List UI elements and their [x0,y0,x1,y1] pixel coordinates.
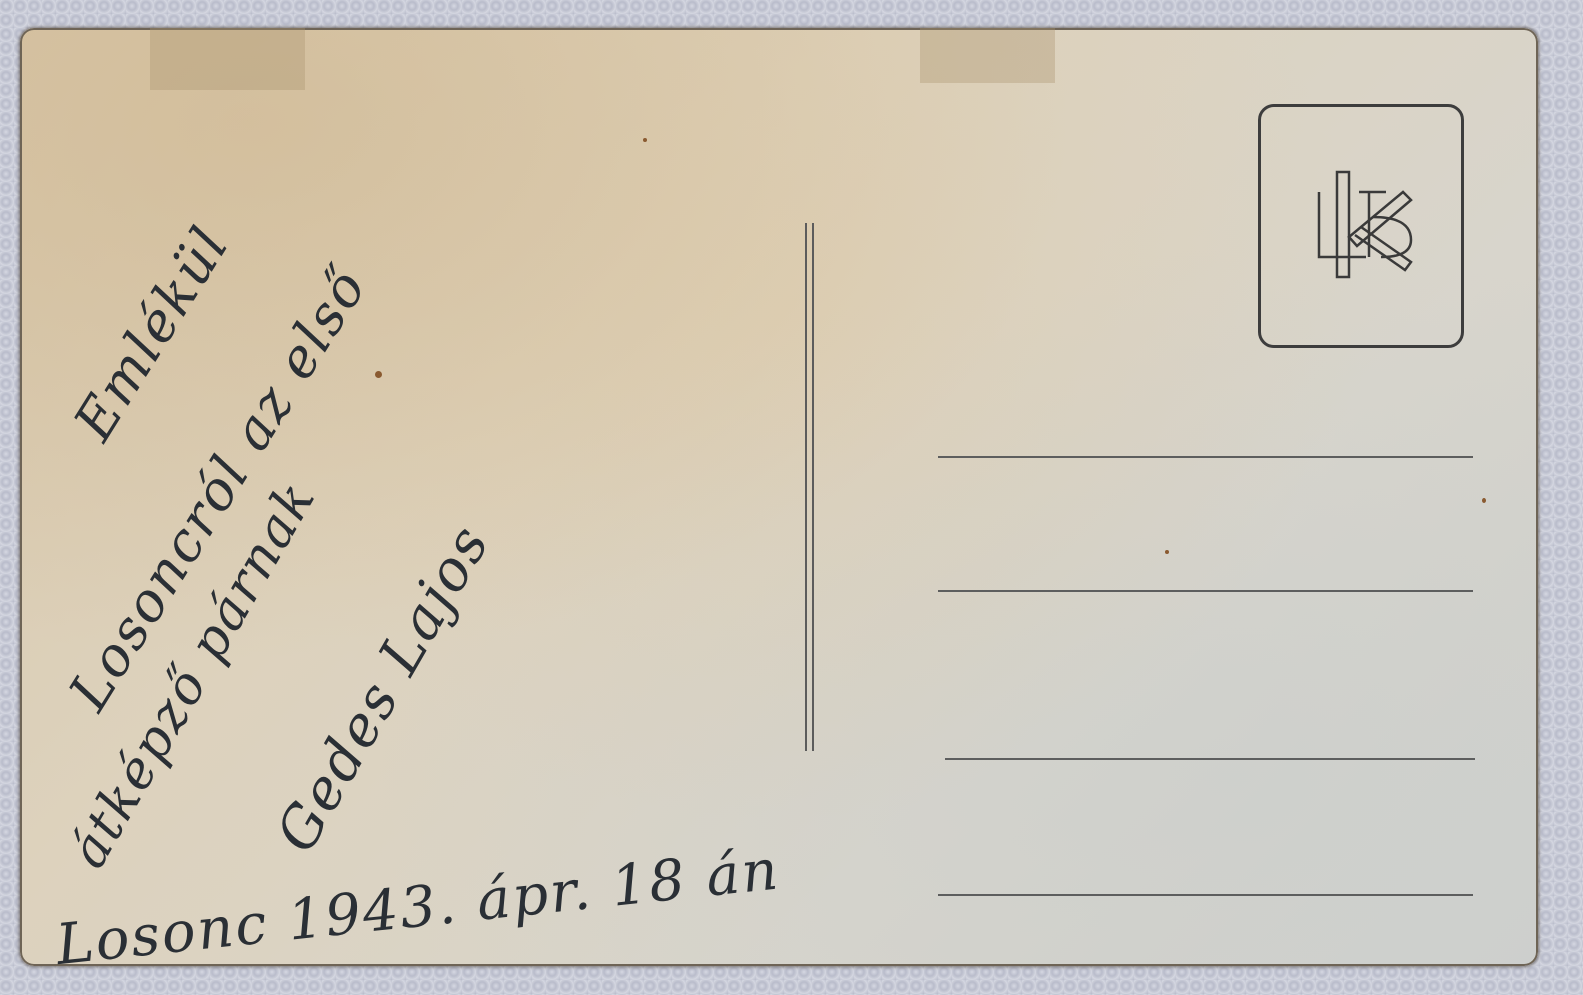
handwriting-signature: Gedes Lajos [264,514,503,863]
tape-residue [150,28,305,90]
ltk-monogram-icon [1311,162,1421,282]
foxing-spot [643,138,647,142]
postcard-back: Emlékül Losoncról az első átképző párnak… [20,28,1538,966]
address-line-1 [938,456,1473,458]
stamp-box [1258,104,1464,348]
foxing-spot [1482,498,1486,503]
address-line-4 [938,894,1473,896]
handwriting-date: Losonc 1943. ápr. 18 án [53,837,782,978]
handwriting-line-1: Emlékül [62,215,242,451]
foxing-spot [375,371,382,378]
tape-residue [920,28,1055,83]
address-line-2 [938,590,1473,592]
address-line-3 [945,758,1475,760]
center-divider [805,223,814,751]
foxing-spot [1165,550,1169,554]
